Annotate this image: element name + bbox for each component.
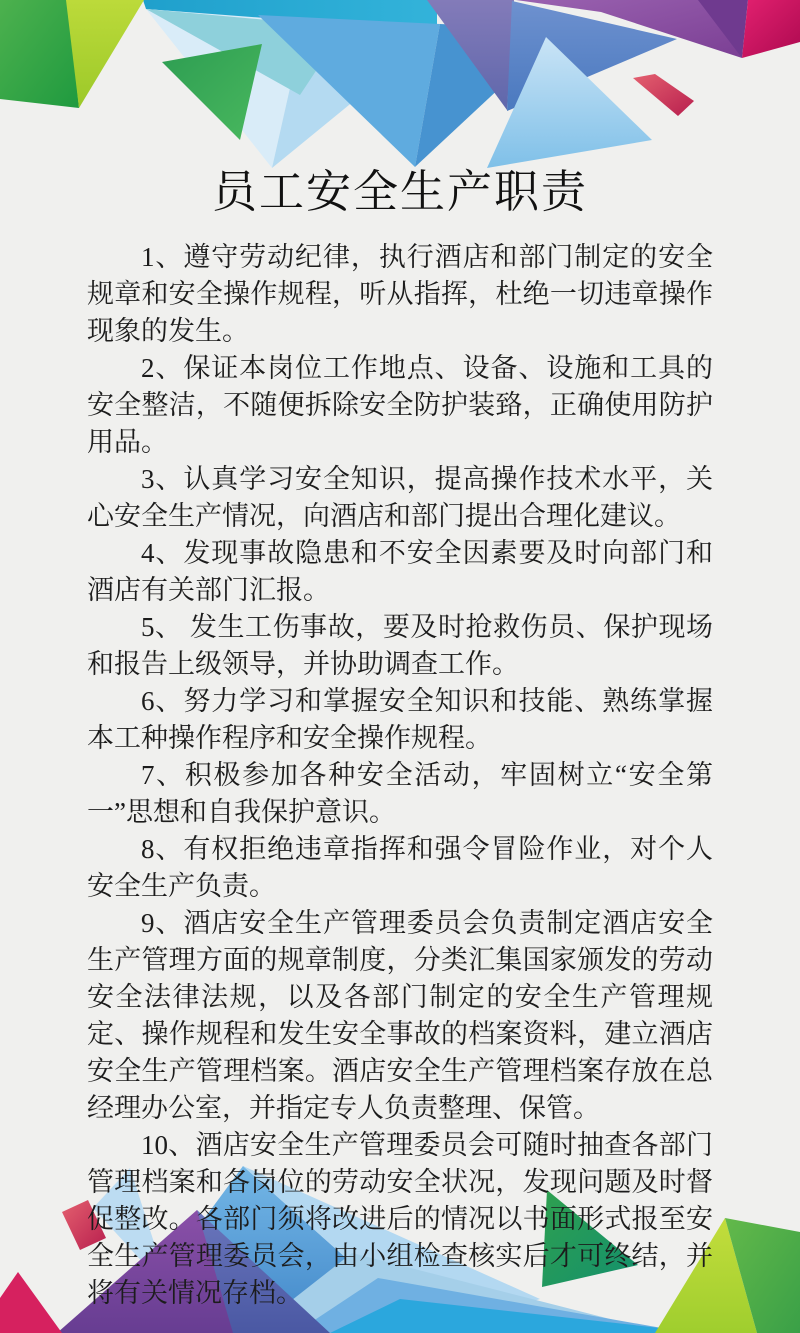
responsibility-item-5: 5、 发生工伤事故，要及时抢救伤员、保护现场和报告上级领导，并协助调查工作。 (87, 609, 713, 683)
responsibility-item-9: 9、酒店安全生产管理委员会负责制定酒店安全生产管理方面的规章制度，分类汇集国家颁… (87, 905, 713, 1127)
responsibility-item-2: 2、保证本岗位工作地点、设备、设施和工具的安全整洁，不随便拆除安全防护装臵，正确… (87, 350, 713, 461)
responsibility-item-7: 7、积极参加各种安全活动，牢固树立“安全第一”思想和自我保护意识。 (87, 757, 713, 831)
responsibility-item-8: 8、有权拒绝违章指挥和强令冒险作业，对个人安全生产负责。 (87, 831, 713, 905)
responsibility-item-1: 1、遵守劳动纪律，执行酒店和部门制定的安全规章和安全操作规程，听从指挥，杜绝一切… (87, 239, 713, 350)
responsibility-item-4: 4、发现事故隐患和不安全因素要及时向部门和酒店有关部门汇报。 (87, 535, 713, 609)
responsibility-list: 1、遵守劳动纪律，执行酒店和部门制定的安全规章和安全操作规程，听从指挥，杜绝一切… (87, 239, 713, 1312)
responsibility-item-3: 3、认真学习安全知识，提高操作技术水平，关心安全生产情况，向酒店和部门提出合理化… (87, 461, 713, 535)
poster-content: 员工安全生产职责 1、遵守劳动纪律，执行酒店和部门制定的安全规章和安全操作规程，… (87, 166, 713, 1312)
poster-title: 员工安全生产职责 (87, 166, 713, 218)
responsibility-item-6: 6、努力学习和掌握安全知识和技能、熟练掌握本工种操作程序和安全操作规程。 (87, 683, 713, 757)
safety-responsibility-poster: 员工安全生产职责 1、遵守劳动纪律，执行酒店和部门制定的安全规章和安全操作规程，… (0, 0, 800, 1333)
responsibility-item-10: 10、酒店安全生产管理委员会可随时抽查各部门管理档案和各岗位的劳动安全状况，发现… (87, 1127, 713, 1312)
